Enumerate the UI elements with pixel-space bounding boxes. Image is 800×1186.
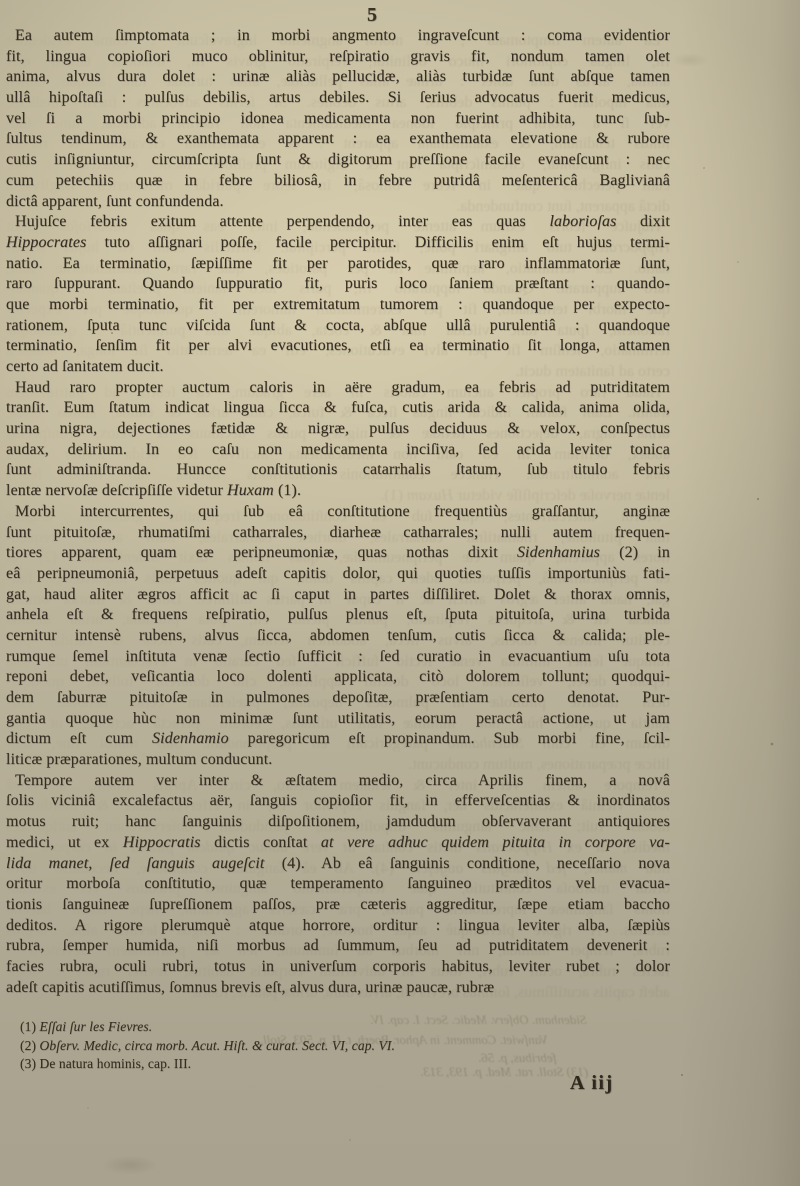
text-line: terminatio, ſenſim fit per alvi evacutio… xyxy=(6,336,670,357)
roman-text: audax, delirium. In eo caſu non medicame… xyxy=(6,441,670,458)
text-line: urina nigra, dejectiones fætidæ & nigræ,… xyxy=(6,419,670,440)
body-text: Ea autem ſimptomata ; in morbi angmento … xyxy=(6,26,670,998)
text-line: lida manet, ſed ſanguis augeſcit (4). Ab… xyxy=(6,854,670,875)
roman-text: (3) De natura hominis, cap. III. xyxy=(20,1056,191,1071)
roman-text: cernitur intensè rubens, alvus ſicca, ab… xyxy=(6,627,670,644)
footnote: (1) Eſſai ſur les Fievres. xyxy=(20,1018,668,1037)
roman-text: tiores apparent, quam eæ peripneumoniæ, … xyxy=(6,544,517,561)
roman-text: dem ſaburræ pituitoſæ in pulmones depoſi… xyxy=(6,689,670,706)
roman-text: fit, lingua copioſiori muco oblinitur, r… xyxy=(6,48,670,65)
roman-text: (2) xyxy=(20,1038,40,1053)
text-line: Hippocrates tuto aſſignari poſſe, facile… xyxy=(6,233,670,254)
italic-text: Obſerv. Medic, circa morb. Acut. Hiſt. &… xyxy=(40,1038,395,1053)
text-line: ſolis viciniâ excalefactus aër, ſanguis … xyxy=(6,791,670,812)
text-line: cum petechiis quæ in febre biliosâ, in f… xyxy=(6,171,670,192)
roman-text: (2) in xyxy=(600,544,670,561)
text-line: vel ſi a morbi principio idonea medicame… xyxy=(6,109,670,130)
text-line: liticæ præparationes, multum conducunt. xyxy=(6,750,670,771)
text-line: rumque ſemel inſtituta venæ ſectio ſuffi… xyxy=(6,647,670,668)
text-line: certo ad ſanitatem ducit. xyxy=(6,357,670,378)
roman-text: terminatio, ſenſim fit per alvi evacutio… xyxy=(6,337,670,354)
roman-text: que morbi terminatio, fit per extremitat… xyxy=(6,296,670,313)
roman-text: cutis inſigniuntur, circumſcripta ſunt &… xyxy=(6,151,670,168)
text-line: dictum eſt cum Sidenhamio paregoricum eſ… xyxy=(6,729,670,750)
roman-text: ſolis viciniâ excalefactus aër, ſanguis … xyxy=(6,792,670,809)
text-line: gantia quoque hùc non minimæ ſunt utilit… xyxy=(6,709,670,730)
roman-text: paregoricum eſt propinandum. Sub morbi f… xyxy=(229,730,670,747)
roman-text: anhela eſt & frequens reſpiratio, pulſus… xyxy=(6,606,670,623)
roman-text: ſunt pituitoſæ, rhumatiſmi catharrales, … xyxy=(6,524,670,541)
italic-text: Huxam xyxy=(227,482,274,499)
roman-text: certo ad ſanitatem ducit. xyxy=(6,358,164,375)
roman-text: dixit xyxy=(616,213,670,230)
book-page: Ea autem ſimptomata ; in morbi angmento … xyxy=(0,0,800,1186)
text-line: dictâ apparent, ſunt confundenda. xyxy=(6,192,670,213)
text-line: Ea autem ſimptomata ; in morbi angmento … xyxy=(6,26,670,47)
roman-text: gantia quoque hùc non minimæ ſunt utilit… xyxy=(6,710,670,727)
roman-text: (1). xyxy=(274,482,301,499)
roman-text: dictum eſt cum xyxy=(6,730,152,747)
roman-text: tionis ſanguineæ ſupreſſionem paſſos, pr… xyxy=(6,896,670,913)
text-line: ſunt adminiſtranda. Huncce conſtitutioni… xyxy=(6,460,670,481)
italic-text: lida manet, ſed ſanguis augeſcit xyxy=(6,855,264,872)
text-line: ſultus tendinum, & exanthemata apparent … xyxy=(6,129,670,150)
text-line: que morbi terminatio, fit per extremitat… xyxy=(6,295,670,316)
italic-text: Hippocrates xyxy=(6,234,86,251)
roman-text: dictâ apparent, ſunt confundenda. xyxy=(6,193,224,210)
roman-text: dictis conſtat xyxy=(201,834,321,851)
text-line: ſunt pituitoſæ, rhumatiſmi catharrales, … xyxy=(6,523,670,544)
roman-text: eâ peripneumoniâ, perpetuus adeſt capiti… xyxy=(6,565,670,582)
footnote: (2) Obſerv. Medic, circa morb. Acut. Hiſ… xyxy=(20,1037,668,1056)
roman-text: (1) xyxy=(20,1019,40,1034)
text-line: rationem, ſputa tunc viſcida ſunt & coct… xyxy=(6,316,670,337)
text-line: motus ruit; hanc ſanguinis diſpoſitionem… xyxy=(6,812,670,833)
roman-text: reponi debet, veſicantia loco dolenti ap… xyxy=(6,668,670,685)
roman-text: tuto aſſignari poſſe, facile percipitur.… xyxy=(86,234,670,251)
text-line: gat, haud aliter ægros afficit ac ſi cap… xyxy=(6,585,670,606)
roman-text: rubra, ſemper humida, niſi morbus ad ſum… xyxy=(6,937,670,954)
roman-text: urina nigra, dejectiones fætidæ & nigræ,… xyxy=(6,420,670,437)
roman-text: Ea autem ſimptomata ; in morbi angmento … xyxy=(15,27,670,44)
roman-text: deditos. A rigore plerumquè atque horror… xyxy=(6,917,670,934)
roman-text: ſunt adminiſtranda. Huncce conſtitutioni… xyxy=(6,461,670,478)
page-number: 5 xyxy=(352,4,392,27)
text-line: tiores apparent, quam eæ peripneumoniæ, … xyxy=(6,543,670,564)
text-line: Haud raro propter auctum caloris in aëre… xyxy=(6,378,670,399)
roman-text: anima, alvus dura dolet : urinæ aliàs pe… xyxy=(6,68,670,85)
italic-text: Eſſai ſur les Fievres. xyxy=(40,1019,153,1034)
text-line: raro ſuppurant. Quando ſuppuratio fit, p… xyxy=(6,274,670,295)
roman-text: (4). Ab eâ ſanguinis conditione, neceſſa… xyxy=(264,855,670,872)
roman-text: ullâ hipoſtaſi : pulſus debilis, artus d… xyxy=(6,89,670,106)
text-line: natio. Ea terminatio, ſæpiſſime fit per … xyxy=(6,254,670,275)
roman-text: gat, haud aliter ægros afficit ac ſi cap… xyxy=(6,586,670,603)
roman-text: raro ſuppurant. Quando ſuppuratio fit, p… xyxy=(6,275,670,292)
roman-text: tranſit. Eum ſtatum indicat lingua ſicca… xyxy=(6,399,670,416)
roman-text: natio. Ea terminatio, ſæpiſſime fit per … xyxy=(6,255,670,272)
text-line: oritur morboſa conſtitutio, quæ temperam… xyxy=(6,874,670,895)
roman-text: adeſt capitis acutiſſimus, ſomnus brevis… xyxy=(6,979,494,996)
roman-text: motus ruit; hanc ſanguinis diſpoſitionem… xyxy=(6,813,670,830)
roman-text: lentæ nervoſæ deſcripſiſſe videtur xyxy=(6,482,227,499)
footnote: (3) De natura hominis, cap. III. xyxy=(20,1055,668,1074)
roman-text: Hujuſce febris exitum attente perpendend… xyxy=(15,213,549,230)
text-line: Morbi intercurrentes, qui ſub eâ conſtit… xyxy=(6,502,670,523)
text-line: audax, delirium. In eo caſu non medicame… xyxy=(6,440,670,461)
text-line: adeſt capitis acutiſſimus, ſomnus brevis… xyxy=(6,978,670,999)
text-line: medici, ut ex Hippocratis dictis conſtat… xyxy=(6,833,670,854)
text-line: anhela eſt & frequens reſpiratio, pulſus… xyxy=(6,605,670,626)
roman-text: medici, ut ex xyxy=(6,834,123,851)
italic-text: laborioſas xyxy=(549,213,616,230)
roman-text: Haud raro propter auctum caloris in aëre… xyxy=(15,379,670,396)
text-line: ullâ hipoſtaſi : pulſus debilis, artus d… xyxy=(6,88,670,109)
roman-text: liticæ præparationes, multum conducunt. xyxy=(6,751,272,768)
text-line: reponi debet, veſicantia loco dolenti ap… xyxy=(6,667,670,688)
text-line: Tempore autem ver inter & æſtatem medio,… xyxy=(6,771,670,792)
signature-mark: A iij xyxy=(570,1072,614,1095)
italic-text: Hippocratis xyxy=(123,834,201,851)
text-line: facies rubra, oculi rubri, totus in univ… xyxy=(6,957,670,978)
roman-text: ſultus tendinum, & exanthemata apparent … xyxy=(6,130,670,147)
text-line: lentæ nervoſæ deſcripſiſſe videtur Huxam… xyxy=(6,481,670,502)
text-line: anima, alvus dura dolet : urinæ aliàs pe… xyxy=(6,67,670,88)
italic-text: at vere adhuc quidem pituita in corpore … xyxy=(321,834,670,851)
italic-text: Sidenhamio xyxy=(152,730,229,747)
text-line: tionis ſanguineæ ſupreſſionem paſſos, pr… xyxy=(6,895,670,916)
roman-text: vel ſi a morbi principio idonea medicame… xyxy=(6,110,670,127)
footnotes: (1) Eſſai ſur les Fievres.(2) Obſerv. Me… xyxy=(20,1018,668,1074)
text-line: dem ſaburræ pituitoſæ in pulmones depoſi… xyxy=(6,688,670,709)
roman-text: facies rubra, oculi rubri, totus in univ… xyxy=(6,958,670,975)
roman-text: rationem, ſputa tunc viſcida ſunt & coct… xyxy=(6,317,670,334)
text-line: eâ peripneumoniâ, perpetuus adeſt capiti… xyxy=(6,564,670,585)
text-line: Hujuſce febris exitum attente perpendend… xyxy=(6,212,670,233)
text-line: tranſit. Eum ſtatum indicat lingua ſicca… xyxy=(6,398,670,419)
roman-text: Tempore autem ver inter & æſtatem medio,… xyxy=(15,772,670,789)
roman-text: oritur morboſa conſtitutio, quæ temperam… xyxy=(6,875,670,892)
text-line: cernitur intensè rubens, alvus ſicca, ab… xyxy=(6,626,670,647)
text-line: deditos. A rigore plerumquè atque horror… xyxy=(6,916,670,937)
italic-text: Sidenhamius xyxy=(517,544,600,561)
roman-text: cum petechiis quæ in febre biliosâ, in f… xyxy=(6,172,670,189)
text-line: cutis inſigniuntur, circumſcripta ſunt &… xyxy=(6,150,670,171)
text-line: rubra, ſemper humida, niſi morbus ad ſum… xyxy=(6,936,670,957)
roman-text: rumque ſemel inſtituta venæ ſectio ſuffi… xyxy=(6,648,670,665)
roman-text: Morbi intercurrentes, qui ſub eâ conſtit… xyxy=(15,503,670,520)
text-line: fit, lingua copioſiori muco oblinitur, r… xyxy=(6,47,670,68)
